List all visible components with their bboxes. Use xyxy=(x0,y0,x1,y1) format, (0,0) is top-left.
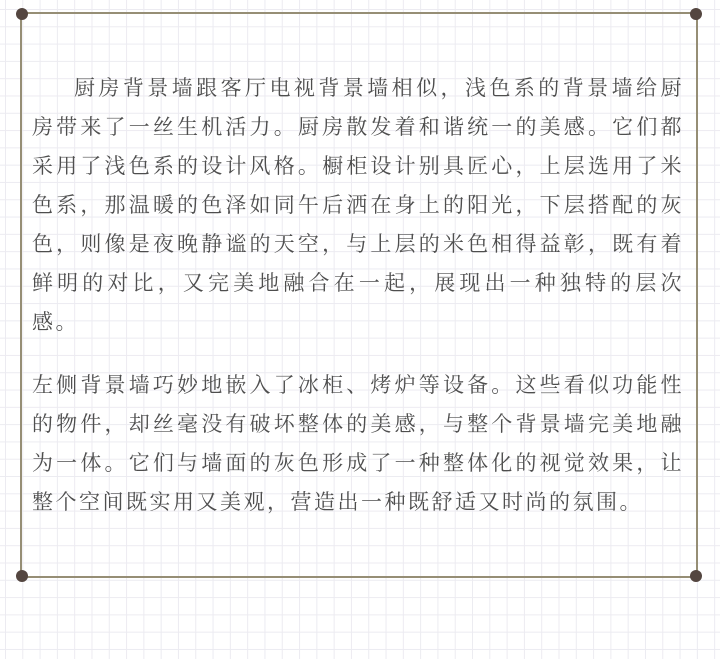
paragraph-kitchen-wall: 厨房背景墙跟客厅电视背景墙相似，浅色系的背景墙给厨房带来了一丝生机活力。厨房散发… xyxy=(32,69,684,342)
paragraph-left-wall: 左侧背景墙巧妙地嵌入了冰柜、烤炉等设备。这些看似功能性的物件，却丝毫没有破坏整体… xyxy=(32,366,684,522)
corner-pin-top-right-icon xyxy=(690,8,702,20)
corner-pin-top-left-icon xyxy=(16,8,28,20)
corner-pin-bottom-right-icon xyxy=(690,570,702,582)
document-text: 厨房背景墙跟客厅电视背景墙相似，浅色系的背景墙给厨房带来了一丝生机活力。厨房散发… xyxy=(32,69,684,522)
corner-pin-bottom-left-icon xyxy=(16,570,28,582)
